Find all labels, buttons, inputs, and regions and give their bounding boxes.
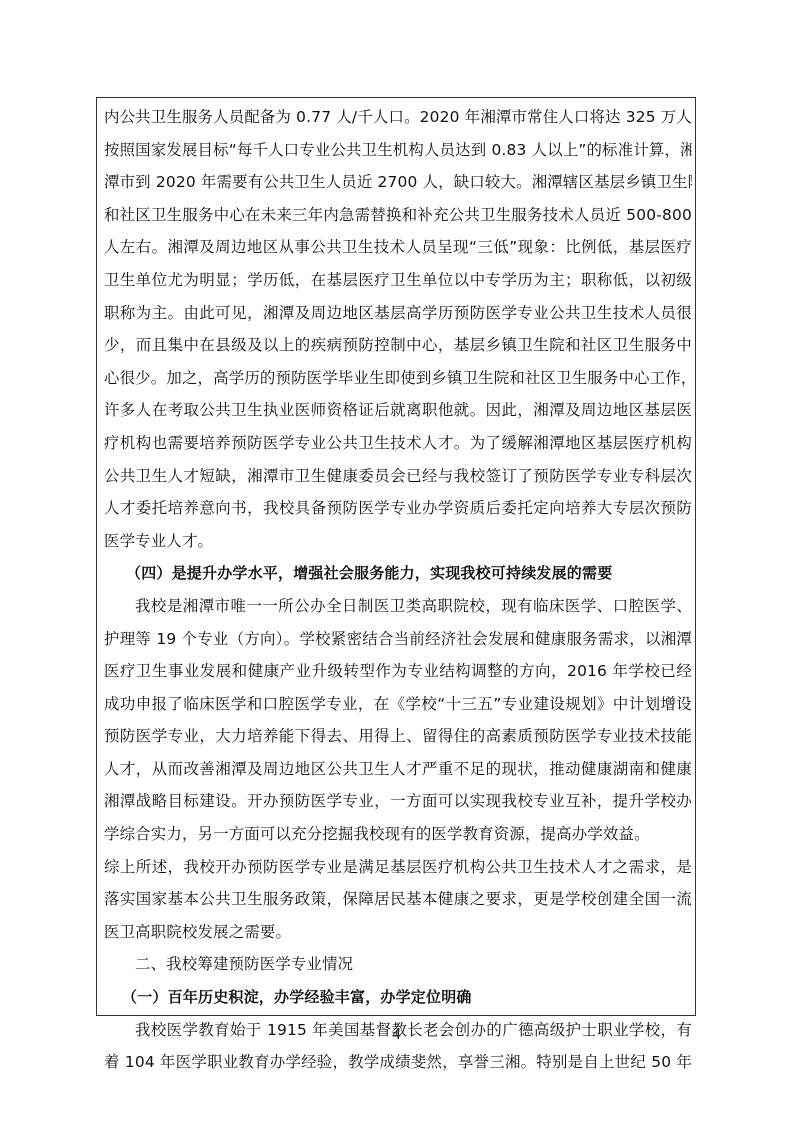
- paragraph-line: 我校是湘潭市唯一一所公办全日制医卫类高职院校，现有临床医学、口腔医学、: [104, 590, 692, 623]
- paragraph-line: 卫生单位尤为明显；学历低，在基层医疗卫生单位以中专学历为主；职称低，以初级: [104, 264, 692, 297]
- paragraph-line: 医卫高职院校发展之需要。: [104, 916, 692, 949]
- paragraph-line: 医学专业人才。: [104, 525, 692, 558]
- paragraph-line: 成功申报了临床医学和口腔医学专业，在《学校“十三五”专业建设规划》中计划增设: [104, 688, 692, 721]
- section-heading-4: （四）是提升办学水平，增强社会服务能力，实现我校可持续发展的需要: [104, 557, 692, 590]
- paragraph-line: 学综合实力，另一方面可以充分挖掘我校现有的医学教育资源，提高办学效益。: [104, 818, 692, 851]
- paragraph-line: 按照国家发展目标“每千人口专业公共卫生机构人员达到 0.83 人以上”的标准计算…: [104, 134, 692, 167]
- paragraph-line: 疗机构也需要培养预防医学专业公共卫生技术人才。为了缓解湘潭地区基层医疗机构: [104, 427, 692, 460]
- paragraph-line: 潭市到 2020 年需要有公共卫生人员近 2700 人，缺口较大。湘潭辖区基层乡…: [104, 166, 692, 199]
- section-title-2: 二、我校筹建预防医学专业情况: [104, 948, 692, 981]
- paragraph-line: 人左右。湘潭及周边地区从事公共卫生技术人员呈现“三低”现象：比例低，基层医疗: [104, 231, 692, 264]
- paragraph-line: 护理等 19 个专业（方向）。学校紧密结合当前经济社会发展和健康服务需求，以湘潭: [104, 623, 692, 656]
- paragraph-line: 人才，从而改善湘潭及周边地区公共卫生人才严重不足的现状，推动健康湖南和健康: [104, 753, 692, 786]
- paragraph-line: 综上所述，我校开办预防医学专业是满足基层医疗机构公共卫生技术人才之需求，是: [104, 851, 692, 884]
- paragraph-line: 职称为主。由此可见，湘潭及周边地区基层高学历预防医学专业公共卫生技术人员很: [104, 297, 692, 330]
- section-heading-1: （一）百年历史积淀，办学经验丰富，办学定位明确: [104, 981, 692, 1014]
- paragraph-line: 预防医学专业，大力培养能下得去、用得上、留得住的高素质预防医学专业技术技能: [104, 720, 692, 753]
- paragraph-line: 湘潭战略目标建设。开办预防医学专业，一方面可以实现我校专业互补，提升学校办: [104, 785, 692, 818]
- paragraph-line: 公共卫生人才短缺，湘潭市卫生健康委员会已经与我校签订了预防医学专业专科层次: [104, 460, 692, 493]
- paragraph-line: 和社区卫生服务中心在未来三年内急需替换和补充公共卫生服务技术人员近 500-80…: [104, 199, 692, 232]
- document-body: 内公共卫生服务人员配备为 0.77 人/千人口。2020 年湘潭市常住人口将达 …: [104, 101, 692, 1079]
- paragraph-line: 心很少。加之，高学历的预防医学毕业生即使到乡镇卫生院和社区卫生服务中心工作，: [104, 362, 692, 395]
- paragraph-line: 医疗卫生事业发展和健康产业升级转型作为专业结构调整的方向，2016 年学校已经: [104, 655, 692, 688]
- paragraph-line: 落实国家基本公共卫生服务政策，保障居民基本健康之要求，更是学校创建全国一流: [104, 883, 692, 916]
- paragraph-line: 许多人在考取公共卫生执业医师资格证后就离职他就。因此，湘潭及周边地区基层医: [104, 394, 692, 427]
- page-number: 4: [0, 1024, 793, 1044]
- paragraph-line: 内公共卫生服务人员配备为 0.77 人/千人口。2020 年湘潭市常住人口将达 …: [104, 101, 692, 134]
- paragraph-line: 人才委托培养意向书，我校具备预防医学专业办学资质后委托定向培养大专层次预防: [104, 492, 692, 525]
- paragraph-line: 少，而且集中在县级及以上的疾病预防控制中心，基层乡镇卫生院和社区卫生服务中: [104, 329, 692, 362]
- paragraph-line: 着 104 年医学职业教育办学经验，教学成绩斐然，享誉三湘。特别是自上世纪 50…: [104, 1046, 692, 1079]
